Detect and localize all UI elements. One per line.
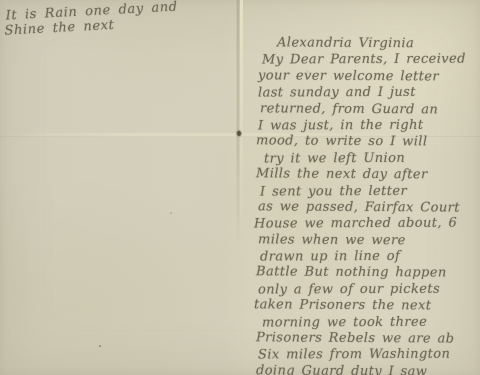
letter-line: Prisoners Rebels we are ab <box>256 330 480 348</box>
letter-line: try it we left Union <box>264 150 480 167</box>
letter-line: miles when we were <box>258 232 480 250</box>
vertical-fold-highlight <box>240 0 243 230</box>
letter-line: Battle But nothing happen <box>256 265 480 283</box>
letter-line: taken Prisoners the next <box>254 298 480 316</box>
letter-scan: It is Rain one day and Shine the next Al… <box>0 0 480 375</box>
letter-line: returned, from Guard an <box>260 101 480 119</box>
letter-line: last sunday and I just <box>258 85 480 102</box>
letter-heading: Alexandria Virginia <box>277 35 480 53</box>
letter-line: House we marched about, 6 <box>254 216 480 233</box>
letter-line: morning we took three <box>262 314 480 331</box>
letter-line: only a few of our pickets <box>258 281 480 298</box>
letter-line: My Dear Parents, I received <box>262 52 480 69</box>
letter-line: Six miles from Washington <box>258 347 480 364</box>
letter-line: I sent you the letter <box>260 183 480 200</box>
paper-speck <box>170 212 172 214</box>
paper-speck <box>99 345 101 347</box>
letter-line: I was just, in the right <box>258 117 480 134</box>
letter-line: your ever welcome letter <box>258 68 480 86</box>
letter-line: drawn up in line of <box>260 249 480 266</box>
letter-body: Alexandria Virginia My Dear Parents, I r… <box>256 36 480 375</box>
letter-line: Mills the next day after <box>256 166 480 184</box>
letter-line: mood, to write so I will <box>256 134 480 152</box>
letter-line: doing Guard duty I saw <box>256 363 480 375</box>
margin-note: It is Rain one day and Shine the next <box>5 0 179 38</box>
letter-line: as we passed, Fairfax Court <box>258 199 480 217</box>
paper-speck <box>237 131 241 136</box>
